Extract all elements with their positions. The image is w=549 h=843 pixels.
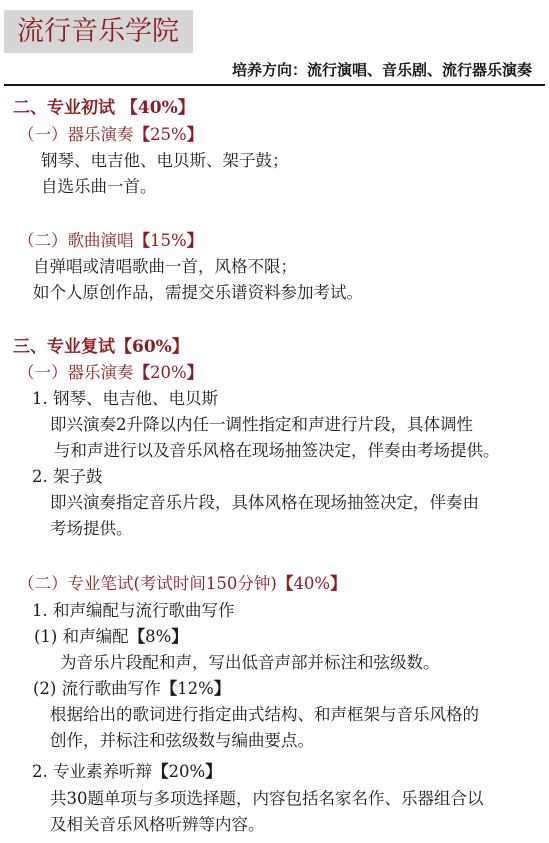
bracket-open: 【 — [121, 98, 138, 118]
item-label: 1. 钢琴、电吉他、电贝斯 — [32, 389, 218, 409]
subitem-weight: 12% — [177, 679, 214, 698]
bracket-open: 【 — [134, 231, 151, 250]
subitem-title: (1) 和声编配 — [34, 627, 129, 646]
bracket-close: 】 — [330, 574, 347, 593]
item-title: 2. 专业素养听辩 — [32, 762, 152, 781]
section-heading-final: 三、专业复试【60%】 — [13, 337, 189, 357]
bracket-close: 】 — [172, 337, 189, 357]
subitem-label: (2) 流行歌曲写作【12%】 — [33, 679, 230, 699]
body-line: 共30题单项与多项选择题，内容包括名家名作、乐器组合以 — [50, 789, 484, 809]
body-line: 即兴演奏指定音乐片段，具体风格在现场抽签决定，伴奏由 — [50, 493, 479, 513]
title-box: 流行音乐学院 — [4, 10, 193, 53]
body-line: 如个人原创作品，需提交乐谱资料参加考试。 — [33, 283, 363, 303]
bracket-open: 【 — [129, 627, 146, 646]
header-divider — [4, 84, 545, 86]
bracket-close: 】 — [187, 125, 204, 144]
subsection-title: （一）器乐演奏 — [18, 363, 134, 382]
subsection-weight: 25% — [150, 125, 187, 144]
subsection-heading-written-exam: （二）专业笔试(考试时间150分钟)【40%】 — [18, 574, 347, 594]
bracket-open: 【 — [134, 125, 151, 144]
item-label: 2. 架子鼓 — [32, 467, 103, 487]
subsection-weight: 15% — [150, 231, 187, 250]
subitem-label: (1) 和声编配【8%】 — [34, 627, 188, 647]
subitem-title: (2) 流行歌曲写作 — [33, 679, 161, 698]
bracket-close: 】 — [205, 762, 222, 781]
subsection-heading-vocal: （二）歌曲演唱【15%】 — [18, 231, 203, 251]
subsection-title: （一）器乐演奏 — [18, 125, 134, 144]
section-title: 三、专业复试 — [13, 337, 115, 357]
body-line: 即兴演奏2升降以内任一调性指定和声进行片段，具体调性 — [50, 415, 473, 435]
subsection-title: （二）专业笔试(考试时间150分钟) — [18, 574, 277, 593]
subsection-heading-instrumental: （一）器乐演奏【25%】 — [18, 125, 203, 145]
bracket-close: 】 — [187, 363, 204, 382]
bracket-open: 【 — [115, 337, 132, 357]
subsection-weight: 20% — [150, 363, 187, 382]
section-title: 二、专业初试 — [13, 98, 121, 118]
section-weight: 40% — [138, 98, 178, 118]
page-title: 流行音乐学院 — [17, 15, 179, 48]
bracket-open: 【 — [161, 679, 178, 698]
subsection-weight: 40% — [293, 574, 330, 593]
body-line: 钢琴、电吉他、电贝斯、架子鼓； — [41, 151, 289, 171]
section-weight: 60% — [132, 337, 172, 357]
body-line: 考场提供。 — [50, 519, 133, 539]
bracket-close: 】 — [187, 231, 204, 250]
item-weight: 20% — [169, 762, 206, 781]
body-line: 创作，并标注和弦级数与编曲要点。 — [50, 731, 314, 751]
subitem-weight: 8% — [145, 627, 171, 646]
item-label: 2. 专业素养听辩【20%】 — [32, 762, 222, 782]
bracket-close: 】 — [178, 98, 195, 118]
item-label: 1. 和声编配与流行歌曲写作 — [32, 601, 235, 621]
body-line: 为音乐片段配和声，写出低音声部并标注和弦级数。 — [60, 653, 440, 673]
bracket-open: 【 — [277, 574, 294, 593]
subsection-title: （二）歌曲演唱 — [18, 231, 134, 250]
training-direction: 培养方向：流行演唱、音乐剧、流行器乐演奏 — [232, 60, 532, 80]
body-line: 及相关音乐风格听辨等内容。 — [50, 815, 265, 835]
bracket-open: 【 — [152, 762, 169, 781]
section-heading-preliminary: 二、专业初试 【40%】 — [13, 98, 195, 118]
body-line: 自选乐曲一首。 — [41, 177, 157, 197]
bracket-close: 】 — [214, 679, 231, 698]
bracket-close: 】 — [171, 627, 188, 646]
bracket-open: 【 — [134, 363, 151, 382]
body-line: 根据给出的歌词进行指定曲式结构、和声框架与音乐风格的 — [50, 705, 479, 725]
body-line: 自弹唱或清唱歌曲一首，风格不限； — [33, 257, 297, 277]
subsection-heading-instrumental-final: （一）器乐演奏【20%】 — [18, 363, 203, 383]
body-line: 与和声进行以及音乐风格在现场抽签决定，伴奏由考场提供。 — [54, 441, 500, 461]
